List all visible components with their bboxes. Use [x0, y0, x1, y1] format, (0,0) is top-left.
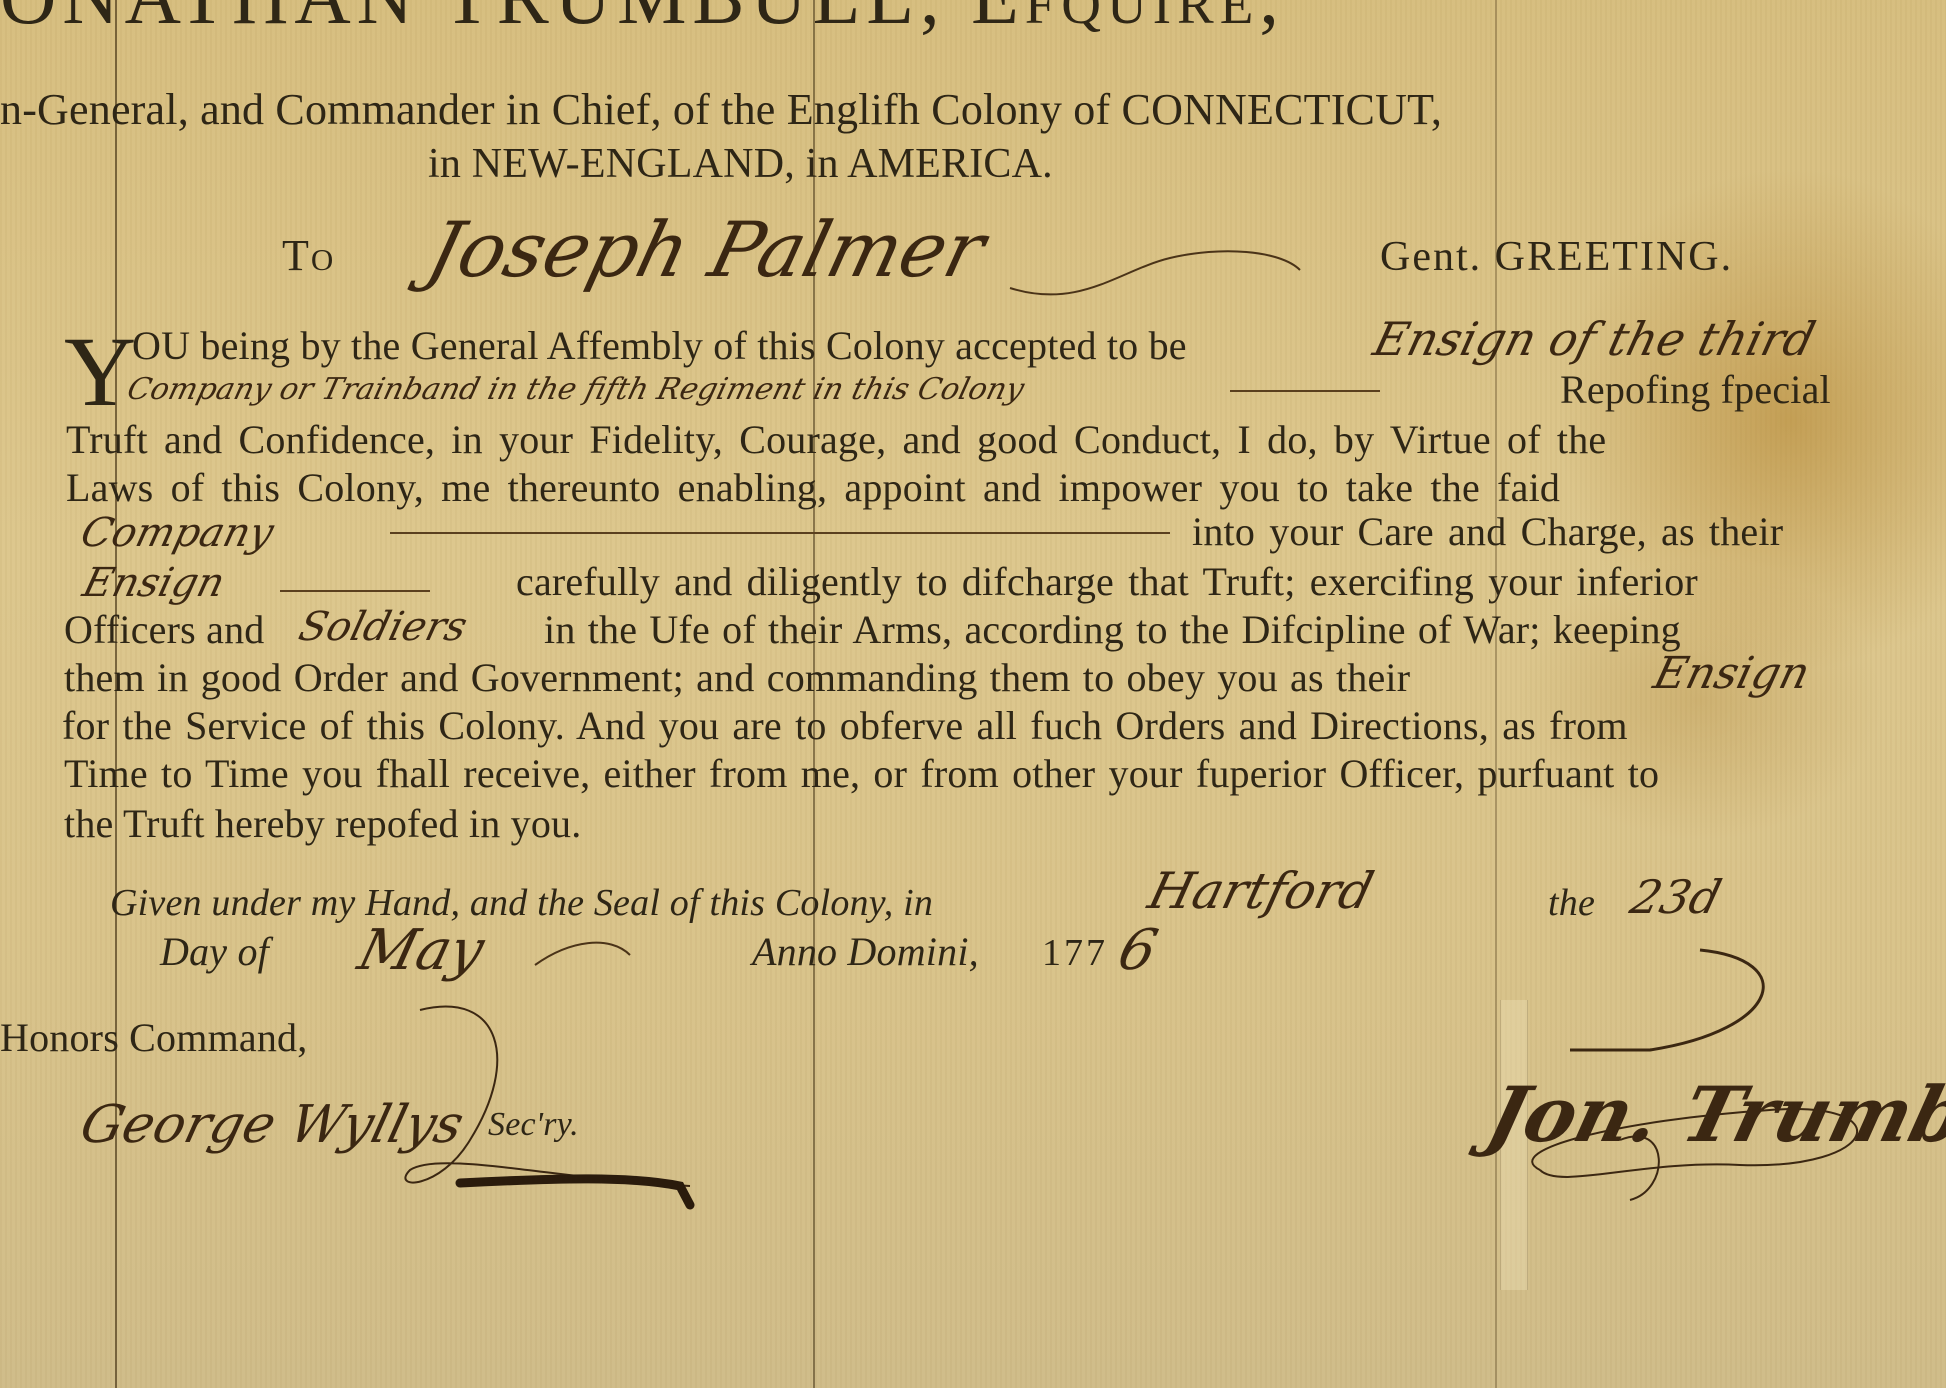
recipient-flourish [1000, 240, 1320, 310]
to-label: To [282, 234, 335, 278]
drop-cap: Y [64, 322, 136, 422]
month-handwritten: May [352, 918, 491, 983]
unit-rule [1230, 390, 1380, 392]
year-printed: 177 [1042, 934, 1108, 972]
body-line-6: carefully and diligently to difcharge th… [516, 562, 1698, 602]
unit-handwritten: Company or Trainband in the fifth Regime… [124, 372, 1028, 407]
body-line-5: into your Care and Charge, as their [1192, 512, 1783, 552]
soldiers-handwritten: Soldiers [294, 604, 471, 650]
body-line-4: Laws of this Colony, me thereunto enabli… [66, 468, 1560, 508]
ensign-rule [280, 590, 430, 592]
company-rule [390, 532, 1170, 534]
day-handwritten: 23d [1625, 870, 1726, 924]
month-flourish [530, 930, 650, 990]
body-line-1: OU being by the General Affembly of this… [132, 326, 1187, 366]
ensign-handwritten-1: Ensign [78, 560, 229, 606]
body-line-7a: Officers and [64, 610, 264, 650]
command-label: Honors Command, [0, 1018, 307, 1058]
body-line-8: them in good Order and Government; and c… [64, 658, 1410, 698]
governor-signature: Jon. Trumbull [1479, 1070, 1946, 1159]
greeting: Gent. GREETING. [1380, 236, 1733, 278]
anno-domini-label: Anno Domini, [752, 932, 979, 972]
rank-handwritten: Ensign of the third [1368, 312, 1820, 366]
header-line-2: n-General, and Commander in Chief, of th… [0, 88, 1442, 132]
body-line-2: Repofing fpecial [1560, 370, 1831, 410]
place-handwritten: Hartford [1143, 862, 1379, 920]
body-line-7b: in the Ufe of their Arms, according to t… [544, 610, 1681, 650]
the-label: the [1548, 884, 1595, 922]
secretary-title: Sec'ry. [488, 1108, 579, 1142]
recipient-name-handwritten: Joseph Palmer [419, 205, 994, 294]
ensign-handwritten-2: Ensign [1649, 648, 1815, 699]
header-line-3: in NEW-ENGLAND, in AMERICA. [428, 143, 1053, 185]
given-under-hand: Given under my Hand, and the Seal of thi… [110, 884, 933, 922]
body-line-11: the Truft hereby repofed in you. [64, 804, 581, 844]
day-of-label: Day of [160, 932, 269, 972]
body-line-9: for the Service of this Colony. And you … [62, 706, 1628, 746]
secretary-signature: George Wyllys [75, 1095, 470, 1155]
header-title: ONATHAN TRUMBULL, Efquire, [0, 0, 1285, 36]
company-handwritten: Company [76, 510, 278, 556]
body-line-10: Time to Time you fhall receive, either f… [64, 754, 1659, 794]
body-line-3: Truft and Confidence, in your Fidelity, … [66, 420, 1606, 460]
